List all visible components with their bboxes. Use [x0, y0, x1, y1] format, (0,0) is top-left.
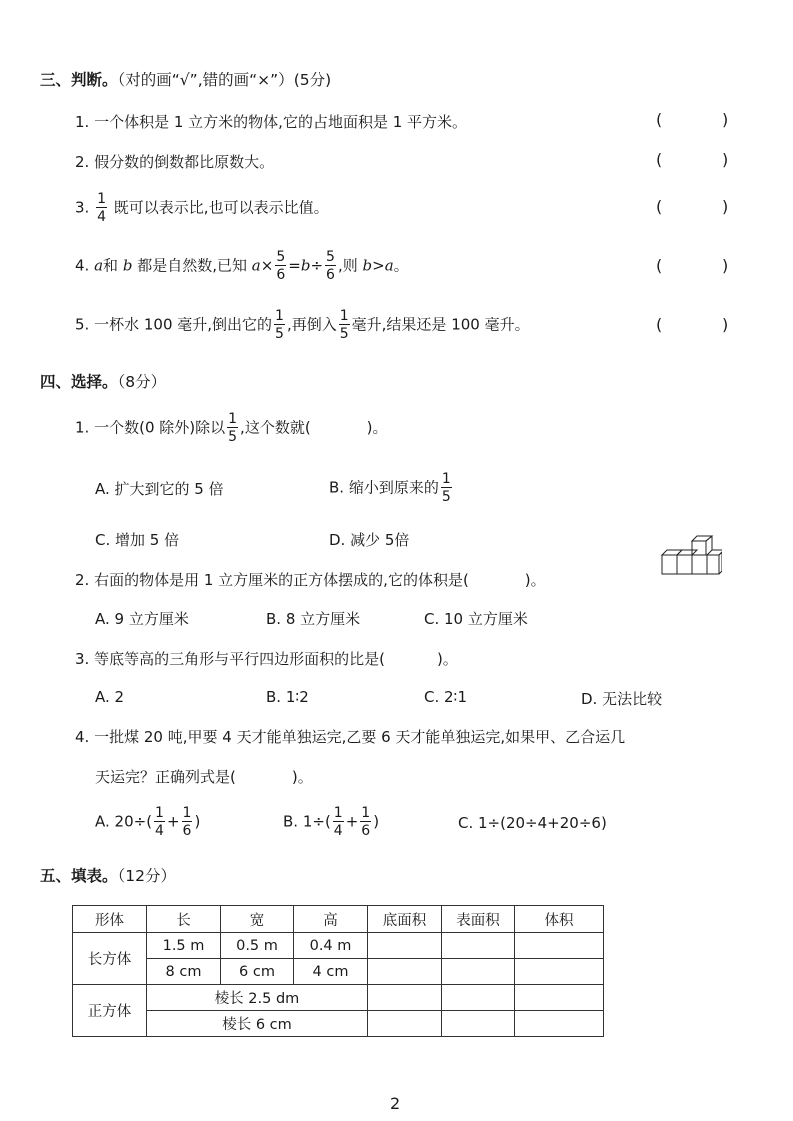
option-c[interactable]: C. 1÷(20÷4+20÷6) — [458, 814, 607, 832]
choice-question-1: 1. 一个数(0 除外)除以15,这个数就()。 — [75, 412, 388, 444]
item-number: 2. — [75, 153, 89, 171]
option-b[interactable]: B. 缩小到原来的15 — [329, 472, 454, 504]
fraction: 14 — [96, 192, 107, 224]
option-text: B. 1÷( — [283, 813, 331, 831]
choice-question-4: 4. 一批煤 20 吨,甲要 4 天才能单独运完,乙要 6 天才能单独运完,如果… — [75, 726, 625, 747]
text: )。 — [292, 768, 313, 786]
option-c[interactable]: C. 10 立方厘米 — [424, 608, 528, 629]
denominator: 5 — [339, 325, 350, 341]
variable: a — [252, 257, 261, 275]
section-title: 五、填表。 — [40, 867, 118, 885]
item-number: 5. — [75, 316, 89, 334]
option-text: A. 20÷( — [95, 813, 152, 831]
table-row: 棱长 6 cm — [73, 1011, 604, 1037]
item-text: 假分数的倒数都比原数大。 — [94, 153, 274, 171]
item-number: 2. — [75, 571, 89, 589]
option-text: B. 8 立方厘米 — [266, 610, 360, 628]
item-number: 4. — [75, 257, 89, 275]
table-cell: 棱长 2.5 dm — [147, 985, 368, 1011]
item-number: 4. — [75, 728, 89, 746]
option-text: C. 1÷(20÷4+20÷6) — [458, 814, 607, 832]
item-text: 既可以表示比,也可以表示比值。 — [114, 199, 329, 217]
option-text: D. 无法比较 — [581, 690, 662, 708]
item-number: 3. — [75, 199, 89, 217]
judge-item-3: 3. 14 既可以表示比,也可以表示比值。 — [75, 192, 329, 224]
numerator: 5 — [325, 250, 336, 266]
option-b[interactable]: B. 8 立方厘米 — [266, 608, 360, 629]
choice-question-4-line2: 天运完？正确列式是()。 — [95, 766, 313, 787]
text: 一个数(0 除外)除以 — [94, 419, 225, 437]
answer-cell[interactable] — [515, 933, 604, 959]
section-title: 四、选择。 — [40, 373, 118, 391]
denominator: 4 — [154, 822, 165, 838]
answer-cell[interactable] — [368, 985, 442, 1011]
option-text: A. 2 — [95, 688, 124, 706]
answer-cell[interactable] — [442, 959, 515, 985]
option-text: A. 9 立方厘米 — [95, 610, 189, 628]
denominator: 4 — [96, 208, 107, 224]
text: 一批煤 20 吨,甲要 4 天才能单独运完,乙要 6 天才能单独运完,如果甲、乙… — [94, 728, 625, 746]
table-cell: 1.5 m — [147, 933, 221, 959]
option-text: C. 增加 5 倍 — [95, 531, 179, 549]
text: 天运完？正确列式是( — [95, 768, 236, 786]
choice-question-3: 3. 等底等高的三角形与平行四边形面积的比是()。 — [75, 648, 458, 669]
fraction: 15 — [441, 472, 452, 504]
text: ,这个数就( — [240, 419, 311, 437]
text: )。 — [367, 419, 388, 437]
variable: b — [301, 257, 311, 275]
variable: b — [123, 257, 133, 275]
table-row: 8 cm 6 cm 4 cm — [73, 959, 604, 985]
fraction: 14 — [333, 806, 344, 838]
row-label-cube: 正方体 — [73, 985, 147, 1037]
item-number: 3. — [75, 650, 89, 668]
table-cell: 4 cm — [294, 959, 368, 985]
text: ,再倒入 — [287, 316, 337, 334]
answer-cell[interactable] — [442, 933, 515, 959]
option-c[interactable]: C. 2∶1 — [424, 688, 467, 706]
denominator: 4 — [333, 822, 344, 838]
numerator: 5 — [275, 250, 286, 266]
table-cell: 0.5 m — [221, 933, 294, 959]
fraction: 56 — [275, 250, 286, 282]
judge-item-2: 2. 假分数的倒数都比原数大。 — [75, 151, 274, 172]
table-cell: 0.4 m — [294, 933, 368, 959]
fill-table: 形体 长 宽 高 底面积 表面积 体积 长方体 1.5 m 0.5 m 0.4 … — [72, 905, 604, 1037]
option-text: B. 缩小到原来的 — [329, 479, 439, 497]
choice-question-2: 2. 右面的物体是用 1 立方厘米的正方体摆成的,它的体积是()。 — [75, 569, 546, 590]
numerator: 1 — [227, 412, 238, 428]
table-header-row: 形体 长 宽 高 底面积 表面积 体积 — [73, 906, 604, 933]
option-text: B. 1∶2 — [266, 688, 309, 706]
numerator: 1 — [96, 192, 107, 208]
fraction: 15 — [274, 309, 285, 341]
section-title: 三、判断。 — [40, 71, 118, 89]
fraction: 56 — [325, 250, 336, 282]
numerator: 1 — [441, 472, 452, 488]
text: 一杯水 100 毫升,倒出它的 — [94, 316, 272, 334]
paren-open: ( — [656, 197, 662, 216]
section-points: （12分） — [118, 867, 176, 885]
paren-open: ( — [656, 315, 662, 334]
operator: × — [261, 257, 274, 275]
row-label-cuboid: 长方体 — [73, 933, 147, 985]
operator: ÷ — [310, 257, 323, 275]
section-4-heading: 四、选择。（8分） — [40, 370, 166, 392]
denominator: 5 — [441, 488, 452, 504]
option-a[interactable]: A. 20÷(14+16) — [95, 806, 200, 838]
denominator: 5 — [274, 325, 285, 341]
fraction: 16 — [182, 806, 193, 838]
answer-cell[interactable] — [515, 985, 604, 1011]
denominator: 5 — [227, 428, 238, 444]
operator: + — [167, 813, 180, 831]
text: )。 — [525, 571, 546, 589]
option-text: C. 2∶1 — [424, 688, 467, 706]
fraction: 15 — [227, 412, 238, 444]
option-a[interactable]: A. 9 立方厘米 — [95, 608, 189, 629]
answer-cell[interactable] — [515, 959, 604, 985]
operator: > — [372, 257, 385, 275]
option-b[interactable]: B. 1∶2 — [266, 688, 309, 706]
page-number: 2 — [390, 1094, 400, 1113]
text: )。 — [437, 650, 458, 668]
table-cell: 棱长 6 cm — [147, 1011, 368, 1037]
text: 等底等高的三角形与平行四边形面积的比是( — [94, 650, 385, 668]
option-text: C. 10 立方厘米 — [424, 610, 528, 628]
header-cell: 长 — [147, 906, 221, 933]
text: 毫升,结果还是 100 毫升。 — [352, 316, 530, 334]
paren-close: ) — [722, 315, 728, 334]
item-text: 一个体积是 1 立方米的物体,它的占地面积是 1 平方米。 — [94, 113, 467, 131]
text: 和 — [103, 257, 118, 275]
option-text: ) — [194, 813, 200, 831]
paren-close: ) — [722, 197, 728, 216]
option-a[interactable]: A. 扩大到它的 5 倍 — [95, 478, 224, 499]
judge-item-4: 4. a和 b 都是自然数,已知 a×56=b÷56,则 b>a。 — [75, 250, 409, 282]
header-cell: 表面积 — [442, 906, 515, 933]
cube-stack-icon — [658, 533, 722, 583]
option-d[interactable]: D. 无法比较 — [581, 688, 662, 709]
paren-close: ) — [722, 150, 728, 169]
paren-open: ( — [656, 110, 662, 129]
option-text: ) — [373, 813, 379, 831]
fraction: 14 — [154, 806, 165, 838]
text: 。 — [394, 257, 409, 275]
option-c[interactable]: C. 增加 5 倍 — [95, 529, 179, 550]
section-instruction: （对的画“√”,错的画“×”） — [118, 71, 294, 89]
table-row: 正方体 棱长 2.5 dm — [73, 985, 604, 1011]
paren-close: ) — [722, 110, 728, 129]
operator: + — [346, 813, 359, 831]
answer-cell[interactable] — [368, 1011, 442, 1037]
text: 都是自然数,已知 — [137, 257, 247, 275]
variable: b — [363, 257, 373, 275]
option-d[interactable]: D. 减少 5倍 — [329, 529, 409, 550]
denominator: 6 — [325, 266, 336, 282]
header-cell: 体积 — [515, 906, 604, 933]
section-3-heading: 三、判断。（对的画“√”,错的画“×”）(5分) — [40, 68, 331, 90]
section-points: (5分) — [294, 71, 331, 89]
section-points: （8分） — [118, 373, 167, 391]
header-cell: 宽 — [221, 906, 294, 933]
numerator: 1 — [360, 806, 371, 822]
table-cell: 6 cm — [221, 959, 294, 985]
paren-open: ( — [656, 150, 662, 169]
numerator: 1 — [274, 309, 285, 325]
numerator: 1 — [333, 806, 344, 822]
numerator: 1 — [182, 806, 193, 822]
answer-cell[interactable] — [368, 933, 442, 959]
header-cell: 形体 — [73, 906, 147, 933]
option-text: D. 减少 5倍 — [329, 531, 409, 549]
section-5-heading: 五、填表。（12分） — [40, 864, 176, 886]
numerator: 1 — [339, 309, 350, 325]
option-a[interactable]: A. 2 — [95, 688, 124, 706]
variable: a — [385, 257, 394, 275]
item-number: 1. — [75, 419, 89, 437]
text: 右面的物体是用 1 立方厘米的正方体摆成的,它的体积是( — [94, 571, 469, 589]
answer-cell[interactable] — [515, 1011, 604, 1037]
judge-item-5: 5. 一杯水 100 毫升,倒出它的15,再倒入15毫升,结果还是 100 毫升… — [75, 309, 530, 341]
denominator: 6 — [360, 822, 371, 838]
text: ,则 — [338, 257, 358, 275]
item-number: 1. — [75, 113, 89, 131]
answer-cell[interactable] — [368, 959, 442, 985]
table-row: 长方体 1.5 m 0.5 m 0.4 m — [73, 933, 604, 959]
numerator: 1 — [154, 806, 165, 822]
paren-open: ( — [656, 256, 662, 275]
paren-close: ) — [722, 256, 728, 275]
header-cell: 底面积 — [368, 906, 442, 933]
variable: a — [94, 257, 103, 275]
judge-item-1: 1. 一个体积是 1 立方米的物体,它的占地面积是 1 平方米。 — [75, 111, 467, 132]
fraction: 15 — [339, 309, 350, 341]
answer-cell[interactable] — [442, 1011, 515, 1037]
option-text: A. 扩大到它的 5 倍 — [95, 480, 224, 498]
denominator: 6 — [182, 822, 193, 838]
operator: = — [288, 257, 301, 275]
option-b[interactable]: B. 1÷(14+16) — [283, 806, 379, 838]
table-cell: 8 cm — [147, 959, 221, 985]
denominator: 6 — [275, 266, 286, 282]
fraction: 16 — [360, 806, 371, 838]
header-cell: 高 — [294, 906, 368, 933]
answer-cell[interactable] — [442, 985, 515, 1011]
